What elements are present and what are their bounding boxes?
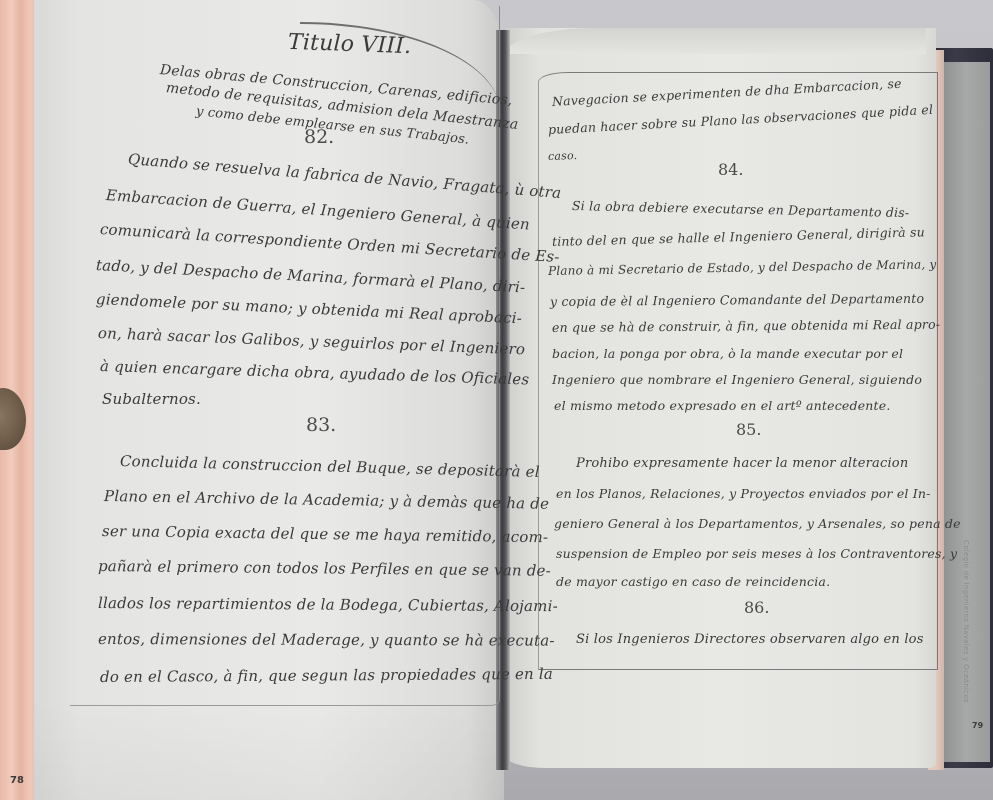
- article-number-82: 82.: [304, 126, 334, 148]
- article-85-line: en los Planos, Relaciones, y Proyectos e…: [556, 486, 931, 501]
- article-84-line: Ingeniero que nombrare el Ingeniero Gene…: [552, 372, 922, 387]
- article-85-line: geniero General à los Departamentos, y A…: [554, 516, 961, 531]
- article-number-83: 83.: [306, 414, 336, 436]
- article-85-line: Prohibo expresamente hacer la menor alte…: [576, 456, 908, 471]
- article-82-line: Subalternos.: [102, 390, 201, 408]
- article-83-line: entos, dimensiones del Maderage, y quant…: [98, 630, 555, 650]
- continuation-line: caso.: [548, 149, 578, 163]
- article-number-84: 84.: [718, 160, 743, 179]
- article-number-86: 86.: [744, 598, 769, 617]
- article-83-line: do en el Casco, à fin, que segun las pro…: [100, 665, 553, 686]
- left-page-number: 78: [10, 775, 24, 786]
- article-84-line: bacion, la ponga por obra, ò la mande ex…: [552, 346, 903, 361]
- right-page-top-curl: [506, 28, 926, 54]
- article-83-line: llados los repartimientos de la Bodega, …: [98, 594, 558, 615]
- article-86-line: Si los Ingenieros Directores observaren …: [576, 632, 924, 647]
- article-85-line: de mayor castigo en caso de reincidencia…: [556, 574, 830, 589]
- left-page-shadow: [34, 700, 504, 800]
- running-head-vertical: Colegio de Ingenieros Navales y Oceánico…: [962, 540, 970, 703]
- article-84-line: el mismo metodo expresado en el artº ant…: [554, 398, 891, 413]
- article-number-85: 85.: [736, 420, 761, 439]
- right-page-number: 79: [972, 721, 983, 730]
- chapter-title: Titulo VIII.: [288, 30, 412, 59]
- article-85-line: suspension de Empleo por seis meses à lo…: [556, 546, 957, 561]
